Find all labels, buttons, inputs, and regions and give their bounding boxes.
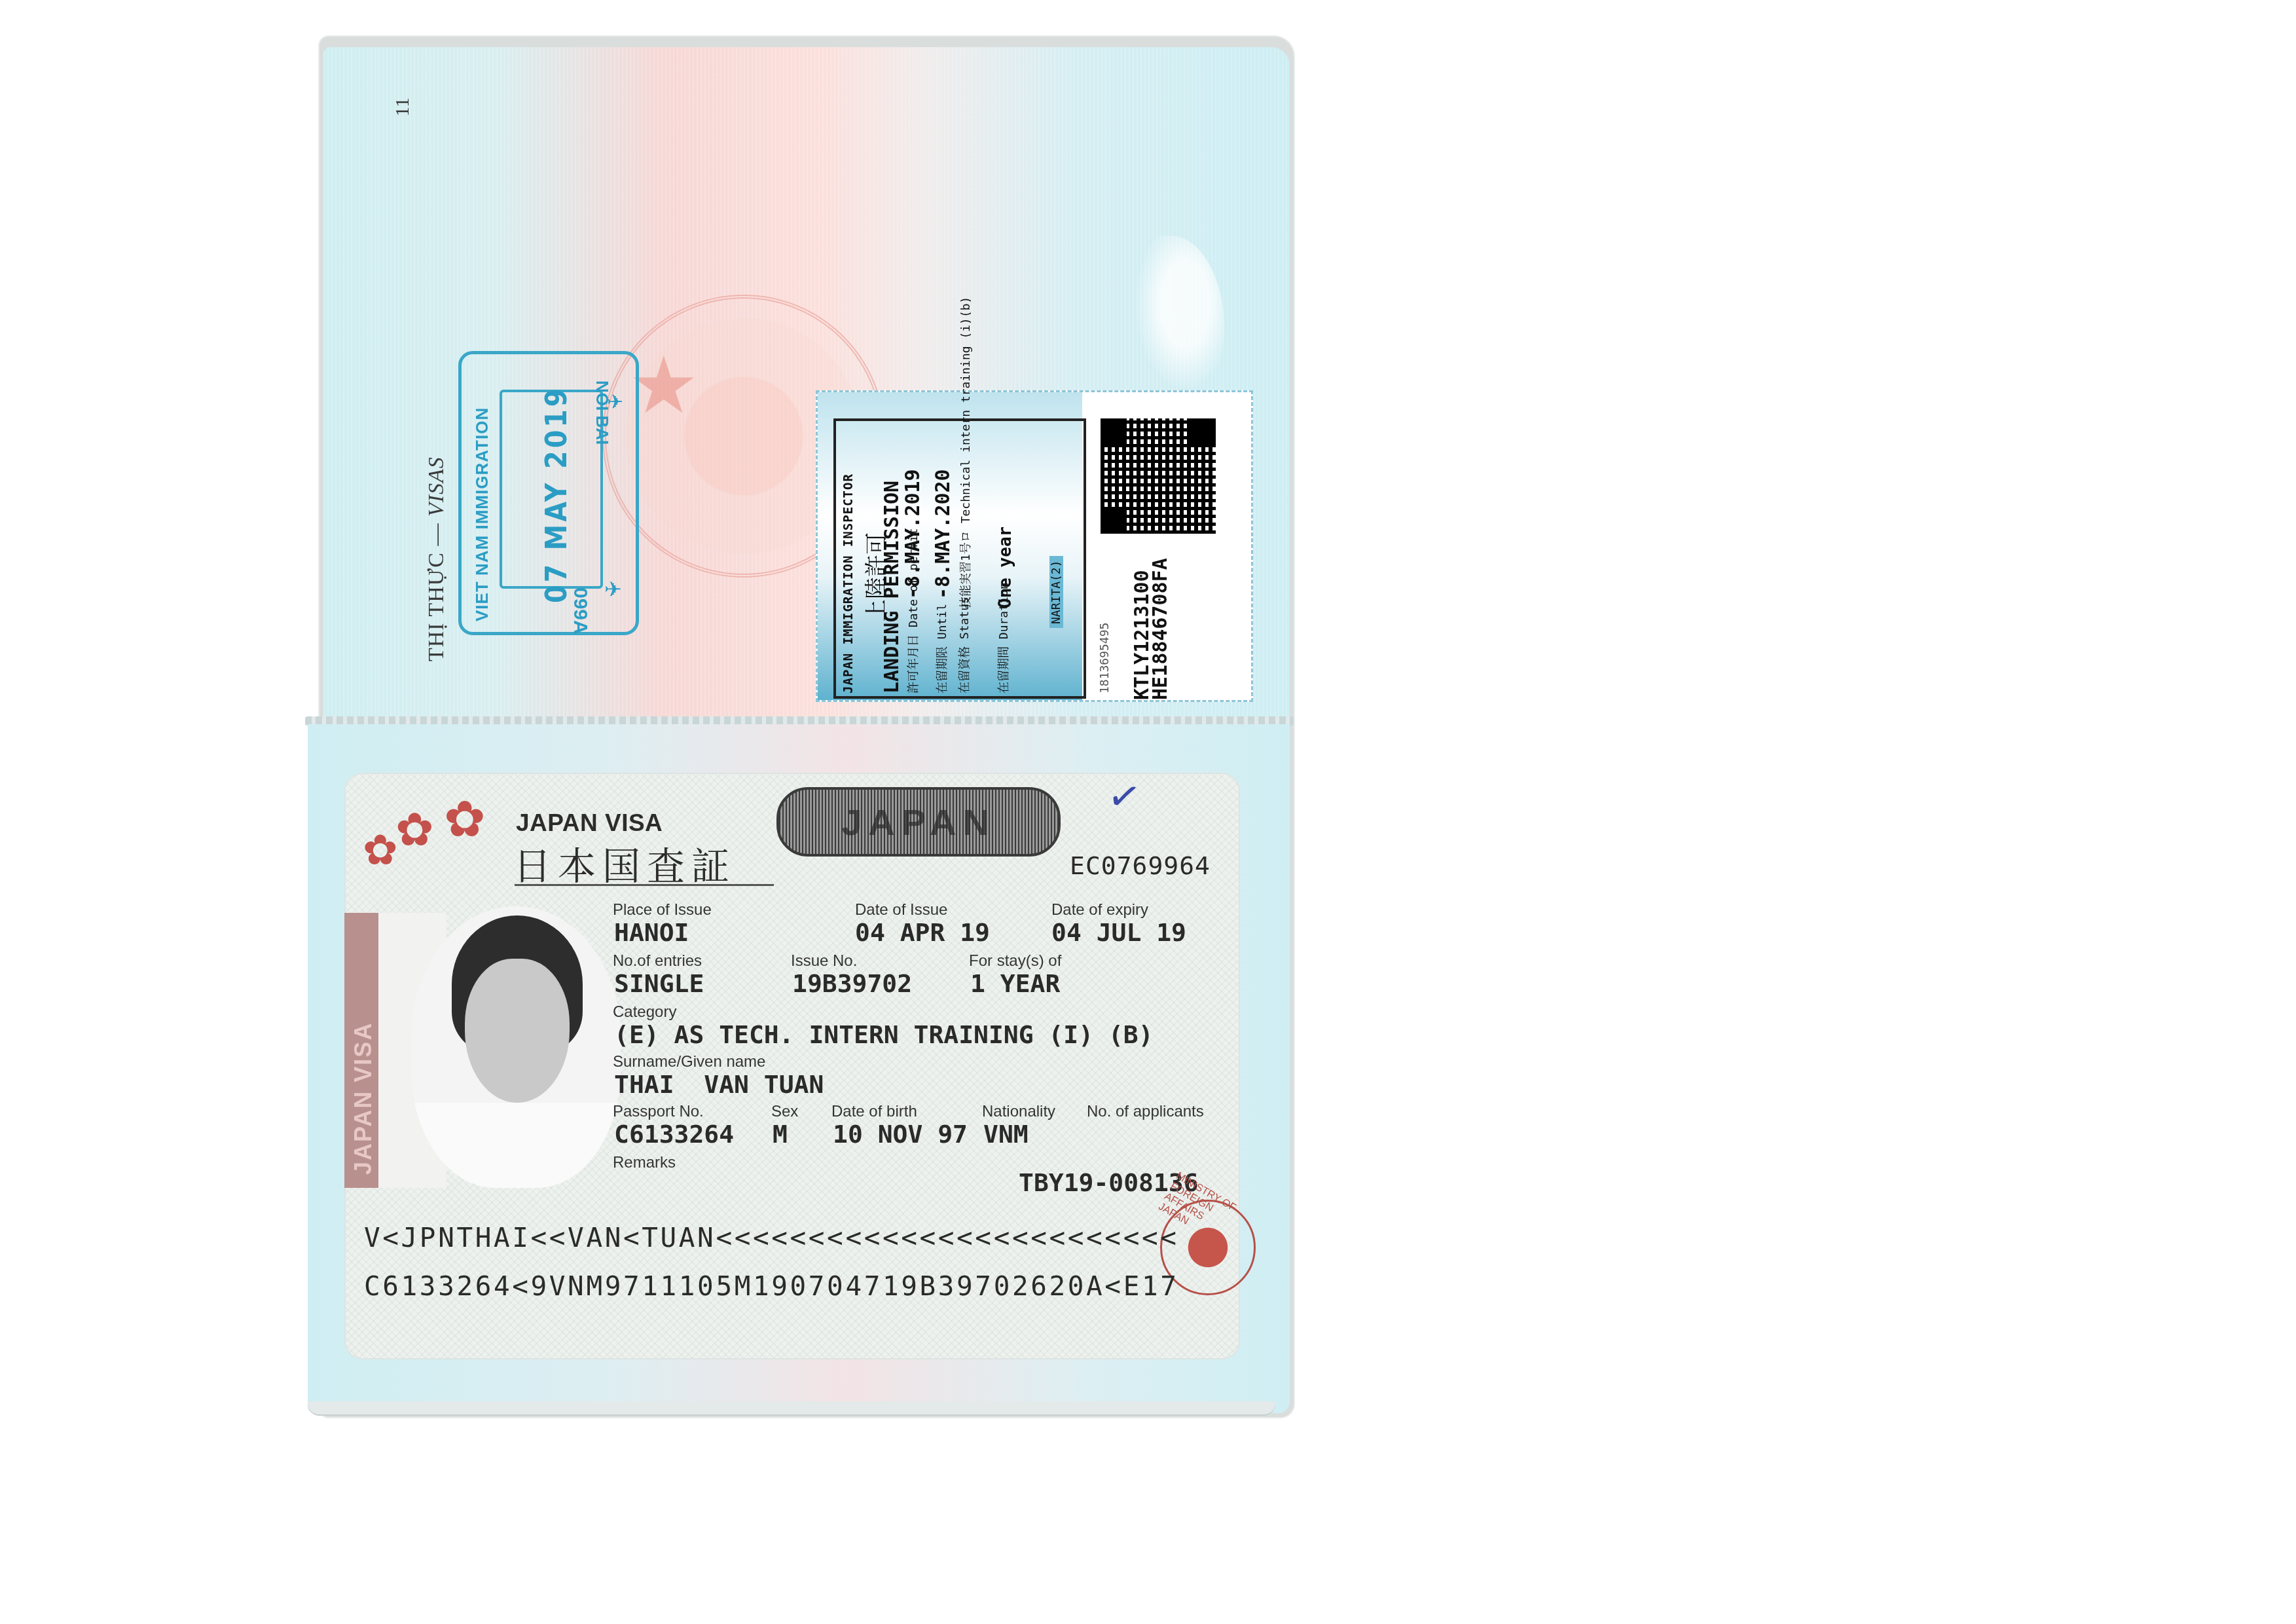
vietnam-immigration-stamp: VIET NAM IMMIGRATION 07 MAY 2019 NOI BAI… [458,351,639,635]
place-of-issue-label: Place of Issue [613,901,712,919]
sex: M [773,1120,788,1149]
stamp-agency: VIET NAM IMMIGRATION [472,407,492,621]
japan-visa-sticker: ✿ ✿ ✿ JAPAN VISA 日本国査証 JAPAN ✓ EC0769964… [344,773,1240,1359]
stamp-date: 07 MAY 2019 [540,386,574,603]
holder-name: THAI VAN TUAN [614,1070,824,1099]
date-of-expiry-label: Date of expiry [1051,901,1148,919]
date-of-issue-label: Date of Issue [855,901,947,919]
passport-bottom-edge [308,1401,1275,1416]
mrz-line-2: C6133264<9VNM9711105M190704719B39702620A… [364,1270,1179,1302]
dob: 10 NOV 97 [833,1120,968,1149]
until-date: -8.MAY.2020 [932,469,955,599]
stay: 1 YEAR [970,969,1060,998]
entries-label: No.of entries [613,952,702,970]
nationality: VNM [983,1120,1029,1149]
entries: SINGLE [614,969,704,998]
cherry-blossom-icon: ✿ [363,829,398,871]
duration-value: One year [996,526,1015,608]
cherry-blossom-icon: ✿ [395,807,434,853]
checkmark-icon: ✓ [1104,771,1144,822]
sex-label: Sex [771,1103,798,1121]
landing-code-line2: HE18846708FA [1149,558,1172,700]
date-of-permit: -8.MAY.2019 [902,469,924,599]
side-strip-text: JAPAN VISA [350,1022,377,1175]
cherry-blossom-icon: ✿ [444,795,486,845]
passport-no: C6133264 [614,1120,734,1149]
nationality-label: Nationality [982,1103,1055,1121]
status-label: 在留資格 Status [955,597,972,693]
holder-photo [411,906,621,1188]
page-number: 11 [392,98,414,117]
issue-no: 19B39702 [792,969,912,998]
photo-shirt [411,1103,621,1188]
airplane-icon: ✈ [604,577,622,602]
mrz-line-1: V<JPNTHAI<<VAN<TUAN<<<<<<<<<<<<<<<<<<<<<… [364,1222,1179,1253]
star-icon: ★ [629,341,699,432]
landing-permission-sticker: JAPAN IMMIGRATION INSPECTOR 上陸許可 LANDING… [816,390,1253,702]
photo-face [465,959,570,1103]
qr-code [1101,418,1216,534]
airplane-arrival-icon: ✈ [607,391,623,414]
applicants-label: No. of applicants [1087,1103,1204,1121]
landing-header: JAPAN IMMIGRATION INSPECTOR [841,473,856,693]
until-label: 在留期限 Until [933,604,950,693]
section-title-en: VISAS [424,456,448,517]
visa-number: EC0769964 [1070,851,1211,880]
landing-serial: 1813695495 [1098,623,1112,693]
guilloche-text: JAPAN [779,790,1058,854]
passport-no-label: Passport No. [613,1103,704,1121]
section-title-vi: THỊ THỰC [424,552,448,661]
port-of-entry: NARITA(2) [1049,556,1063,628]
security-guilloche: JAPAN [776,787,1061,857]
section-title-separator: — [424,517,448,552]
remarks-label: Remarks [613,1154,676,1172]
date-of-expiry: 04 JUL 19 [1051,918,1186,947]
section-title: THỊ THỰC — VISAS [424,456,449,661]
issue-no-label: Issue No. [791,952,857,970]
category-label: Category [613,1003,676,1022]
place-of-issue: HANOI [614,918,689,947]
stamp-code: 099A [569,587,591,635]
status-value: 技能実習1号ロ Technical intern training (i)(b) [957,297,974,608]
title-underline [515,884,774,886]
landing-title-en: LANDING PERMISSION [881,481,903,693]
visa-title-jp: 日本国査証 [513,836,736,891]
stay-label: For stay(s) of [969,952,1061,970]
category: (E) AS TECH. INTERN TRAINING (I) (B) [614,1020,1154,1049]
name-label: Surname/Given name [613,1053,765,1071]
side-strip: JAPAN VISA [344,913,378,1188]
date-of-issue: 04 APR 19 [855,918,990,947]
dob-label: Date of birth [831,1103,917,1121]
visa-title: JAPAN VISA [516,809,663,837]
